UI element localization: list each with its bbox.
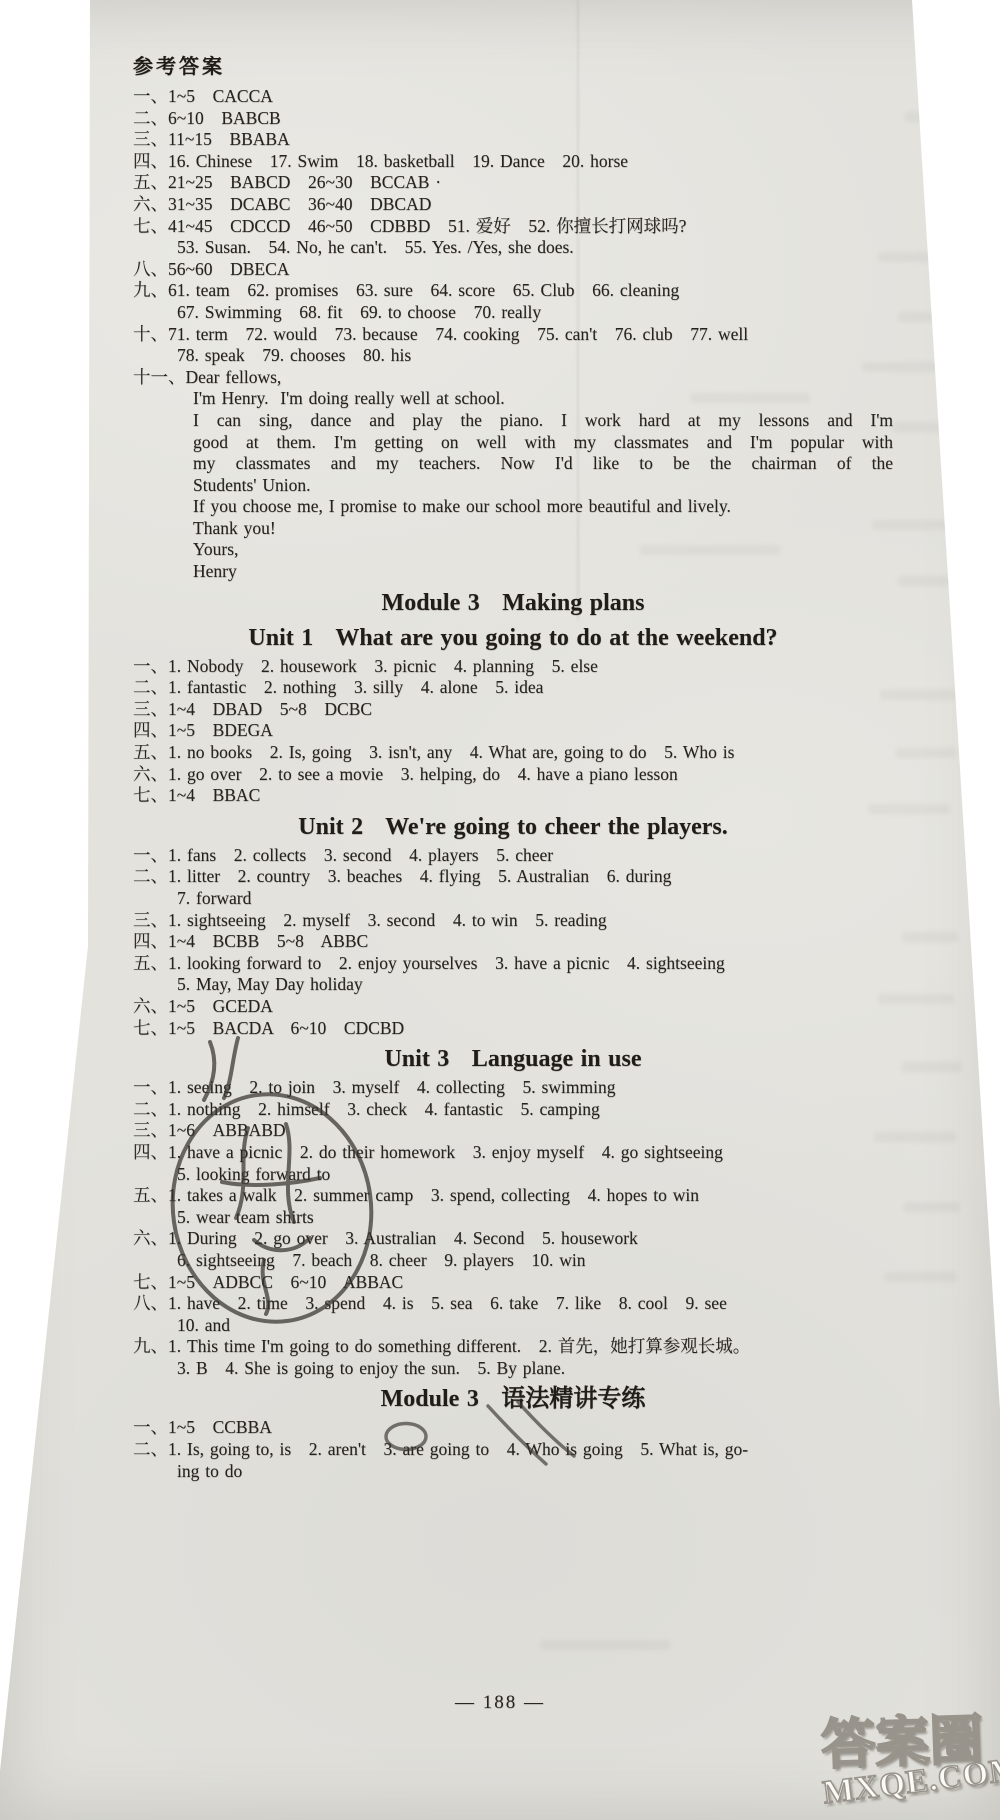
answer-line: 六、1. go over 2. to see a movie 3. helpin…	[133, 764, 893, 786]
answer-line: 五、21~25 BABCD 26~30 BCCAB ·	[133, 172, 893, 194]
answer-line: 三、1~4 DBAD 5~8 DCBC	[133, 699, 893, 721]
answer-key-content: 参考答案 一、1~5 CACCA 二、6~10 BABCB 三、11~15 BB…	[133, 54, 893, 1482]
answer-line: 三、11~15 BBABA	[133, 129, 893, 151]
section-heading-unit1: Unit 1 What are you going to do at the w…	[133, 623, 893, 653]
answer-line: ing to do	[133, 1461, 893, 1483]
answer-line: 53. Susan. 54. No, he can't. 55. Yes. /Y…	[133, 237, 893, 259]
letter-line: If you choose me, I promise to make our …	[133, 496, 893, 518]
bleed-through-mark	[902, 932, 958, 942]
answer-line: 十、71. term 72. would 73. because 74. coo…	[133, 324, 893, 346]
answer-line: 六、1~5 GCEDA	[133, 996, 893, 1018]
letter-line: good at them. I'm getting on well with m…	[133, 432, 893, 454]
letter-line: Henry	[133, 561, 893, 583]
answer-line: 二、1. Is, going to, is 2. aren't 3. are g…	[133, 1439, 893, 1461]
section-heading-unit2: Unit 2 We're going to cheer the players.	[133, 812, 893, 842]
answer-line: 二、1. litter 2. country 3. beaches 4. fly…	[133, 866, 893, 888]
answer-line: 八、1. have 2. time 3. spend 4. is 5. sea …	[133, 1293, 893, 1315]
answer-line: 三、1. sightseeing 2. myself 3. second 4. …	[133, 910, 893, 932]
bleed-through-mark	[896, 748, 956, 758]
answer-line: 七、1~5 BACDA 6~10 CDCBD	[133, 1018, 893, 1040]
answer-line: 七、1~5 ADBCC 6~10 ABBAC	[133, 1272, 893, 1294]
answer-line: 一、1. seeing 2. to join 3. myself 4. coll…	[133, 1077, 893, 1099]
bleed-through-mark	[540, 1640, 670, 1650]
answer-line: 三、1~6 ABBABD	[133, 1120, 893, 1142]
bleed-through-mark	[884, 1272, 956, 1282]
answer-line: 二、6~10 BABCB	[133, 108, 893, 130]
bleed-through-mark	[898, 576, 962, 586]
answer-line: 7. forward	[133, 888, 893, 910]
answer-line: 78. speak 79. chooses 80. his	[133, 345, 893, 367]
answer-line: 五、1. takes a walk 2. summer camp 3. spen…	[133, 1185, 893, 1207]
scanned-answer-page: { "document": { "title": "参考答案", "page_n…	[0, 0, 1000, 1820]
answer-line: 七、41~45 CDCCD 46~50 CDBBD 51. 爱好 52. 你擅长…	[133, 216, 893, 238]
answer-line: 四、1. have a picnic 2. do their homework …	[133, 1142, 893, 1164]
answer-line: 五、1. no books 2. Is, going 3. isn't, any…	[133, 742, 893, 764]
answer-line: 3. B 4. She is going to enjoy the sun. 5…	[133, 1358, 893, 1380]
letter-line: I'm Henry. I'm doing really well at scho…	[133, 388, 893, 410]
answer-line: 5. looking forward to	[133, 1164, 893, 1186]
answer-line: 5. wear team shirts	[133, 1207, 893, 1229]
answer-line: 十一、Dear fellows,	[133, 367, 893, 389]
answer-line: 10. and	[133, 1315, 893, 1337]
section-heading-module3-grammar: Module 3 语法精讲专练	[133, 1384, 893, 1414]
answer-line: 5. May, May Day holiday	[133, 974, 893, 996]
section-heading-unit3: Unit 3 Language in use	[133, 1044, 893, 1074]
watermark: 答案圈 MXQE.COM	[820, 1711, 1000, 1813]
letter-line: Thank you!	[133, 518, 893, 540]
paper: 参考答案 一、1~5 CACCA 二、6~10 BABCB 三、11~15 BB…	[0, 0, 1000, 1820]
letter-line: Students' Union.	[133, 475, 893, 497]
answer-line: 二、1. fantastic 2. nothing 3. silly 4. al…	[133, 677, 893, 699]
answer-line: 九、61. team 62. promises 63. sure 64. sco…	[133, 280, 893, 302]
answer-line: 二、1. nothing 2. himself 3. check 4. fant…	[133, 1099, 893, 1121]
page-number: — 188 —	[0, 1692, 1000, 1714]
letter-line: Yours,	[133, 539, 893, 561]
answer-line: 6. sightseeing 7. beach 8. cheer 9. play…	[133, 1250, 893, 1272]
answer-line: 一、1. fans 2. collects 3. second 4. playe…	[133, 845, 893, 867]
bleed-through-mark	[893, 422, 963, 432]
answer-line: 六、31~35 DCABC 36~40 DBCAD	[133, 194, 893, 216]
answer-line: 九、1. This time I'm going to do something…	[133, 1336, 893, 1358]
answer-line: 一、1~5 CACCA	[133, 86, 893, 108]
answer-line: 四、1~5 BDEGA	[133, 720, 893, 742]
answer-line: 八、56~60 DBECA	[133, 259, 893, 281]
bleed-through-mark	[905, 112, 967, 122]
answer-line: 一、1. Nobody 2. housework 3. picnic 4. pl…	[133, 656, 893, 678]
answer-line: 五、1. looking forward to 2. enjoy yoursel…	[133, 953, 893, 975]
bleed-through-mark	[930, 158, 974, 168]
bleed-through-mark	[904, 1202, 960, 1212]
letter-line: I can sing, dance and play the piano. I …	[133, 410, 893, 432]
bleed-through-mark	[898, 312, 958, 322]
letter-line: my classmates and my teachers. Now I'd l…	[133, 453, 893, 475]
section-heading-module3: Module 3 Making plans	[133, 588, 893, 618]
answer-line: 七、1~4 BBAC	[133, 785, 893, 807]
answer-line: 六、1. During 2. go over 3. Australian 4. …	[133, 1228, 893, 1250]
answer-line: 67. Swimming 68. fit 69. to choose 70. r…	[133, 302, 893, 324]
doc-title: 参考答案	[133, 54, 893, 80]
answer-line: 一、1~5 CCBBA	[133, 1417, 893, 1439]
bleed-through-mark	[902, 1062, 962, 1072]
answer-line: 四、16. Chinese 17. Swim 18. basketball 19…	[133, 151, 893, 173]
answer-line: 四、1~4 BCBB 5~8 ABBC	[133, 931, 893, 953]
